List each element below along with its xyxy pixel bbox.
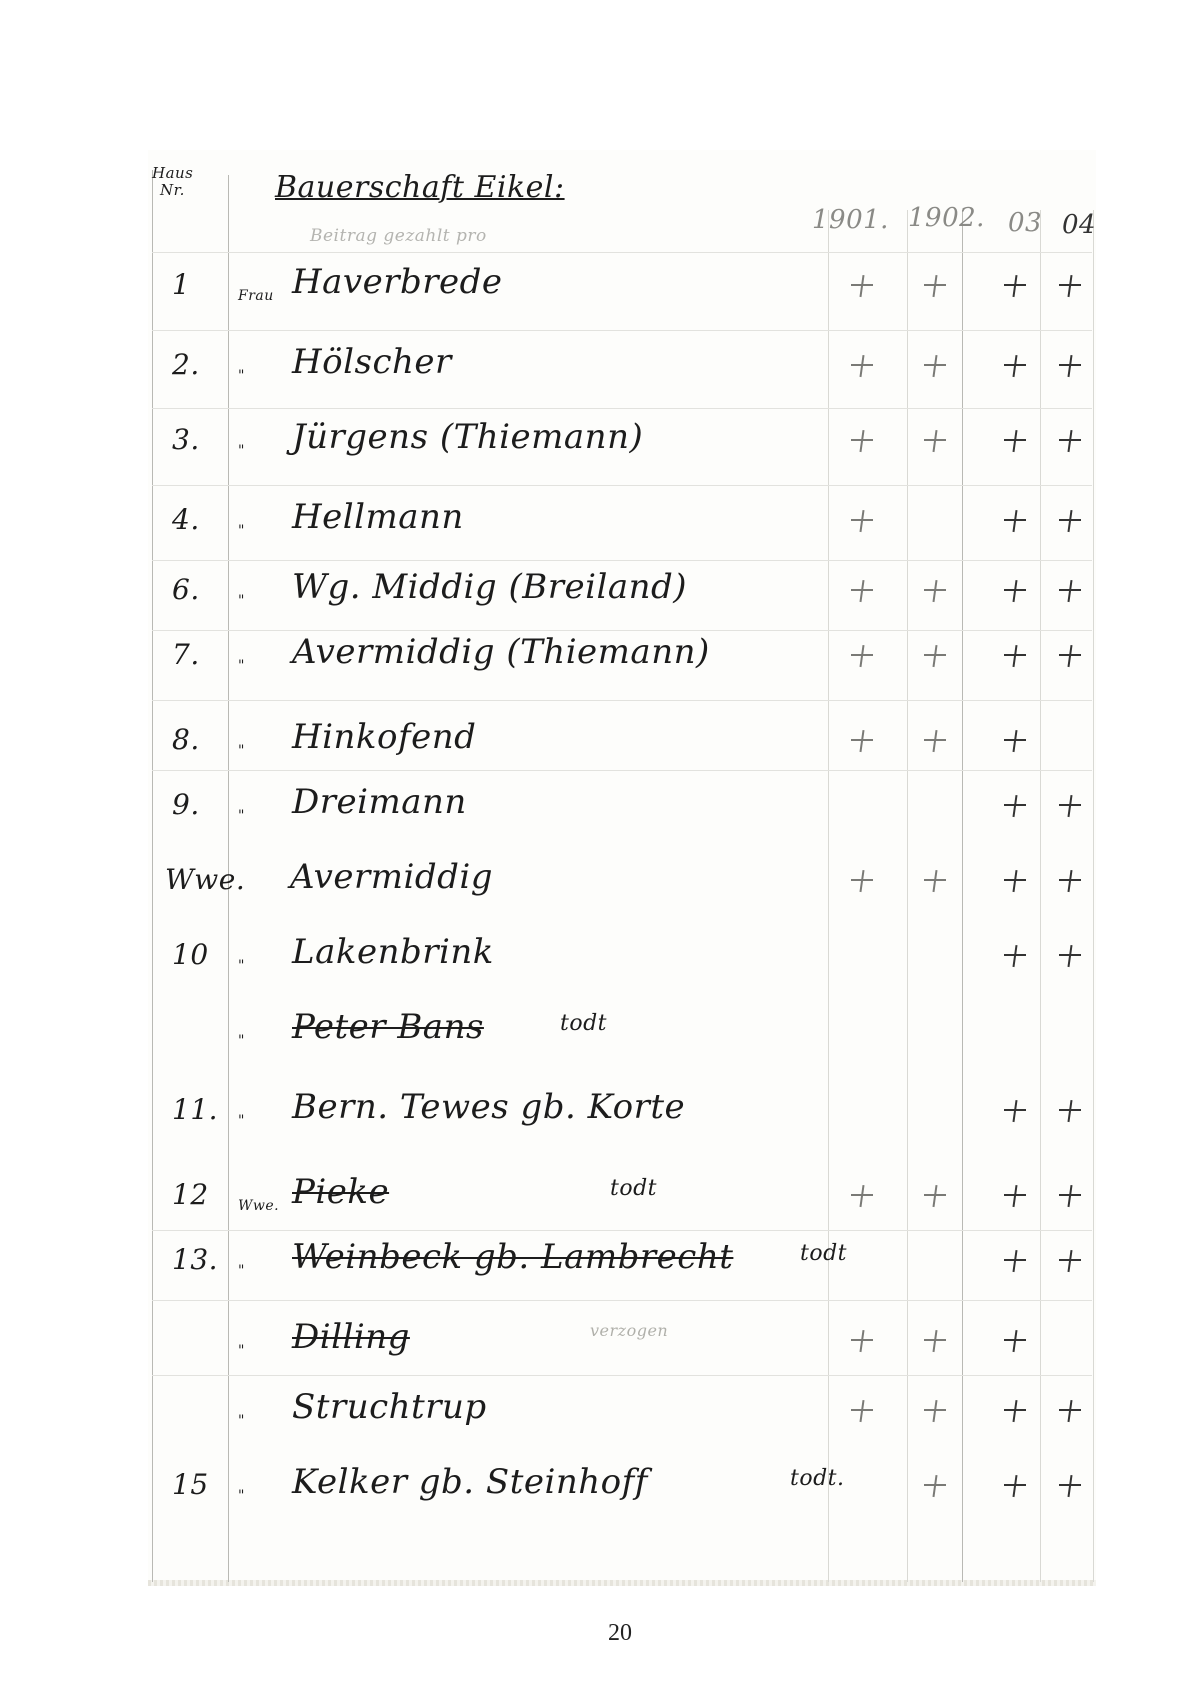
- payment-check-mark: [1004, 730, 1026, 752]
- row-prefix: ": [238, 1413, 245, 1429]
- payment-check-mark: [1059, 1475, 1081, 1497]
- row-rule: [152, 1300, 1092, 1301]
- row-prefix: ": [238, 1033, 245, 1049]
- house-number-header: Haus Nr.: [152, 165, 193, 199]
- row-rule: [152, 408, 1092, 409]
- row-name: Peter Bans: [292, 1007, 484, 1047]
- payment-check-mark: [1059, 645, 1081, 667]
- payment-check-mark: [851, 355, 873, 377]
- payment-check-mark: [924, 580, 946, 602]
- row-rule: [152, 330, 1092, 331]
- payment-check-mark: [1004, 945, 1026, 967]
- row-number: 11.: [172, 1093, 232, 1126]
- row-rule: [152, 770, 1092, 771]
- payment-check-mark: [1059, 1400, 1081, 1422]
- payment-check-mark: [1004, 510, 1026, 532]
- row-note: todt: [800, 1241, 847, 1266]
- page-subtitle: Beitrag gezahlt pro: [310, 226, 487, 246]
- payment-check-mark: [1059, 510, 1081, 532]
- payment-check-mark: [851, 1330, 873, 1352]
- payment-check-mark: [851, 730, 873, 752]
- year-1902: 1902.: [908, 203, 985, 233]
- row-prefix: ": [238, 743, 245, 759]
- row-number: 13.: [172, 1243, 232, 1276]
- page-title: Bauerschaft Eikel:: [275, 170, 565, 205]
- payment-check-mark: [924, 645, 946, 667]
- payment-check-mark: [1004, 1250, 1026, 1272]
- row-number: 12: [172, 1178, 232, 1211]
- row-name: Avermiddig (Thiemann): [292, 632, 710, 672]
- payment-check-mark: [851, 645, 873, 667]
- row-prefix: ": [238, 1343, 245, 1359]
- payment-check-mark: [924, 730, 946, 752]
- payment-check-mark: [1004, 870, 1026, 892]
- page-number: 20: [600, 1620, 640, 1647]
- payment-check-mark: [924, 1330, 946, 1352]
- payment-check-mark: [1059, 355, 1081, 377]
- payment-check-mark: [924, 355, 946, 377]
- payment-check-mark: [924, 430, 946, 452]
- year-column-divider-2: [907, 210, 908, 1582]
- row-name: Struchtrup: [292, 1387, 487, 1427]
- payment-check-mark: [1059, 795, 1081, 817]
- row-name: Pieke: [292, 1172, 389, 1212]
- row-note: verzogen: [590, 1321, 668, 1340]
- row-rule: [152, 1375, 1092, 1376]
- row-number: 2.: [172, 348, 232, 381]
- left-border: [152, 170, 153, 1582]
- row-name: Haverbrede: [292, 262, 503, 302]
- row-prefix: ": [238, 368, 245, 384]
- payment-check-mark: [1004, 580, 1026, 602]
- payment-check-mark: [851, 430, 873, 452]
- right-border: [1093, 210, 1094, 1582]
- payment-check-mark: [1059, 430, 1081, 452]
- row-prefix: Wwe.: [238, 1198, 279, 1214]
- row-name: Weinbeck gb. Lambrecht: [292, 1237, 733, 1277]
- payment-check-mark: [924, 1475, 946, 1497]
- row-number: 7.: [172, 638, 232, 671]
- payment-check-mark: [924, 1185, 946, 1207]
- row-number: 8.: [172, 723, 232, 756]
- row-number: 9.: [172, 788, 232, 821]
- payment-check-mark: [1059, 945, 1081, 967]
- row-prefix: ": [238, 443, 245, 459]
- row-name: Hinkofend: [292, 717, 476, 757]
- row-number: 15: [172, 1468, 232, 1501]
- payment-check-mark: [924, 1400, 946, 1422]
- row-number: Wwe.: [165, 863, 225, 896]
- header-line: Nr.: [152, 182, 193, 199]
- row-prefix: ": [238, 808, 245, 824]
- row-number: 6.: [172, 573, 232, 606]
- payment-check-mark: [1004, 645, 1026, 667]
- row-rule: [152, 485, 1092, 486]
- row-number: 10: [172, 938, 232, 971]
- payment-check-mark: [851, 275, 873, 297]
- row-name: Dreimann: [292, 782, 467, 822]
- row-number: 1: [172, 268, 232, 301]
- row-name: Lakenbrink: [292, 932, 494, 972]
- payment-check-mark: [1059, 1250, 1081, 1272]
- payment-check-mark: [851, 870, 873, 892]
- row-rule: [152, 700, 1092, 701]
- row-number: 4.: [172, 503, 232, 536]
- header-line: Haus: [152, 165, 193, 182]
- row-name: Kelker gb. Steinhoff: [292, 1462, 648, 1502]
- payment-check-mark: [851, 580, 873, 602]
- row-note: todt.: [790, 1466, 845, 1491]
- row-name: Dilling: [292, 1317, 410, 1357]
- payment-check-mark: [1004, 1400, 1026, 1422]
- row-prefix: ": [238, 958, 245, 974]
- payment-check-mark: [924, 870, 946, 892]
- payment-check-mark: [1004, 275, 1026, 297]
- payment-check-mark: [1004, 1185, 1026, 1207]
- year-1901: 1901.: [812, 205, 889, 235]
- row-name: Wg. Middig (Breiland): [292, 567, 687, 607]
- row-note: todt: [610, 1176, 657, 1201]
- row-rule: [152, 560, 1092, 561]
- year-column-divider-1: [828, 210, 829, 1582]
- row-name: Bern. Tewes gb. Korte: [292, 1087, 685, 1127]
- row-number: 3.: [172, 423, 232, 456]
- payment-check-mark: [1059, 580, 1081, 602]
- payment-check-mark: [1004, 1330, 1026, 1352]
- payment-check-mark: [924, 275, 946, 297]
- payment-check-mark: [1004, 1475, 1026, 1497]
- payment-check-mark: [1059, 275, 1081, 297]
- row-prefix: Frau: [238, 288, 274, 304]
- payment-check-mark: [1059, 1185, 1081, 1207]
- year-1904: 04: [1062, 210, 1096, 240]
- row-note: todt: [560, 1011, 607, 1036]
- payment-check-mark: [851, 510, 873, 532]
- year-column-divider-3: [962, 210, 963, 1582]
- payment-check-mark: [1059, 1100, 1081, 1122]
- row-rule: [152, 630, 1092, 631]
- year-1903: 03: [1008, 208, 1042, 238]
- row-prefix: ": [238, 1263, 245, 1279]
- header-rule: [152, 252, 1092, 253]
- row-name: Jürgens (Thiemann): [292, 417, 643, 457]
- row-name: Hellmann: [292, 497, 464, 537]
- payment-check-mark: [851, 1400, 873, 1422]
- row-name: Avermiddig: [290, 857, 493, 897]
- row-prefix: ": [238, 658, 245, 674]
- payment-check-mark: [851, 1185, 873, 1207]
- payment-check-mark: [1004, 355, 1026, 377]
- payment-check-mark: [1004, 1100, 1026, 1122]
- row-prefix: ": [238, 593, 245, 609]
- row-rule: [152, 1230, 1092, 1231]
- payment-check-mark: [1004, 795, 1026, 817]
- row-prefix: ": [238, 1113, 245, 1129]
- row-prefix: ": [238, 523, 245, 539]
- row-name: Hölscher: [292, 342, 452, 382]
- scan-edge: [148, 1580, 1096, 1586]
- payment-check-mark: [1004, 430, 1026, 452]
- row-prefix: ": [238, 1488, 245, 1504]
- year-column-divider-4: [1040, 210, 1041, 1582]
- payment-check-mark: [1059, 870, 1081, 892]
